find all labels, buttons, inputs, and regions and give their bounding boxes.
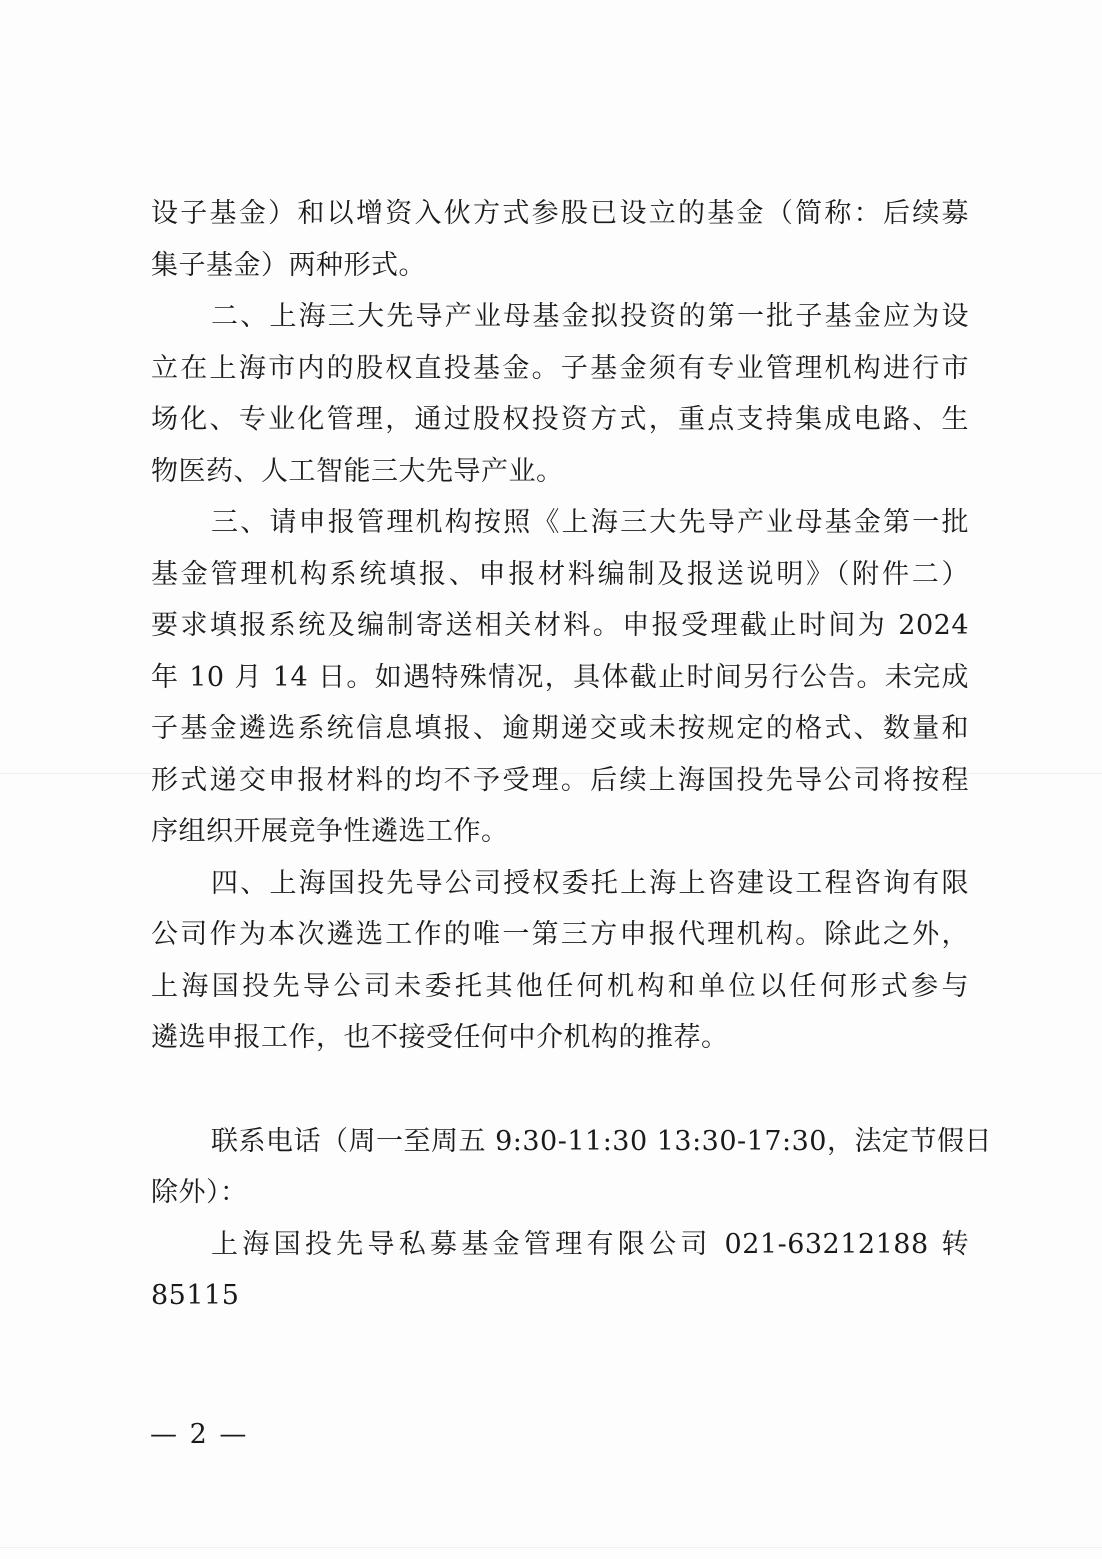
- paragraph-continuation: 设子基金）和以增资入伙方式参股已设立的基金（简称：后续募 集子基金）两种形式。: [151, 188, 969, 291]
- text-line: 三、请申报管理机构按照《上海三大先导产业母基金第一批: [151, 497, 969, 549]
- paragraph-contact-company: 上海国投先导私募基金管理有限公司 021-63212188 转 85115: [151, 1219, 969, 1322]
- text-line: 立在上海市内的股权直投基金。子基金须有专业管理机构进行市: [151, 343, 969, 395]
- paragraph-contact-hours: 联系电话（周一至周五 9:30-11:30 13:30-17:30，法定节假日 …: [151, 1116, 969, 1219]
- text-line: 物医药、人工智能三大先导产业。: [151, 446, 969, 498]
- text-line: 设子基金）和以增资入伙方式参股已设立的基金（简称：后续募: [151, 188, 969, 240]
- text-line: 二、上海三大先导产业母基金拟投资的第一批子基金应为设: [151, 291, 969, 343]
- text-line: 联系电话（周一至周五 9:30-11:30 13:30-17:30，法定节假日: [151, 1116, 969, 1168]
- text-line: 要求填报系统及编制寄送相关材料。申报受理截止时间为 2024: [151, 600, 969, 652]
- text-line: 集子基金）两种形式。: [151, 240, 969, 292]
- scan-artifact-line: [0, 1547, 1102, 1548]
- paragraph-section-3: 三、请申报管理机构按照《上海三大先导产业母基金第一批 基金管理机构系统填报、申报…: [151, 497, 969, 858]
- paragraph-gap: [151, 1064, 969, 1116]
- paragraph-section-4: 四、上海国投先导公司授权委托上海上咨建设工程咨询有限 公司作为本次遴选工作的唯一…: [151, 858, 969, 1064]
- text-line: 公司作为本次遴选工作的唯一第三方申报代理机构。除此之外，: [151, 909, 969, 961]
- text-line: 基金管理机构系统填报、申报材料编制及报送说明》（附件二）: [151, 549, 969, 601]
- text-line: 遴选申报工作，也不接受任何中介机构的推荐。: [151, 1012, 969, 1064]
- text-line: 场化、专业化管理，通过股权投资方式，重点支持集成电路、生: [151, 394, 969, 446]
- contact-extension: 85115: [151, 1270, 969, 1322]
- text-line: 年 10 月 14 日。如遇特殊情况，具体截止时间另行公告。未完成: [151, 652, 969, 704]
- text-line: 序组织开展竞争性遴选工作。: [151, 806, 969, 858]
- document-body: 设子基金）和以增资入伙方式参股已设立的基金（简称：后续募 集子基金）两种形式。 …: [151, 188, 969, 1322]
- text-line: 除外）：: [151, 1167, 969, 1219]
- text-line: 形式递交申报材料的均不予受理。后续上海国投先导公司将按程: [151, 755, 969, 807]
- text-line: 上海国投先导公司未委托其他任何机构和单位以任何形式参与: [151, 961, 969, 1013]
- text-line: 子基金遴选系统信息填报、逾期递交或未按规定的格式、数量和: [151, 703, 969, 755]
- contact-phone-line: 上海国投先导私募基金管理有限公司 021-63212188 转: [151, 1219, 969, 1271]
- page-number: — 2 —: [150, 1417, 248, 1453]
- text-line: 四、上海国投先导公司授权委托上海上咨建设工程咨询有限: [151, 858, 969, 910]
- paragraph-section-2: 二、上海三大先导产业母基金拟投资的第一批子基金应为设 立在上海市内的股权直投基金…: [151, 291, 969, 497]
- document-page: 设子基金）和以增资入伙方式参股已设立的基金（简称：后续募 集子基金）两种形式。 …: [0, 0, 1102, 1559]
